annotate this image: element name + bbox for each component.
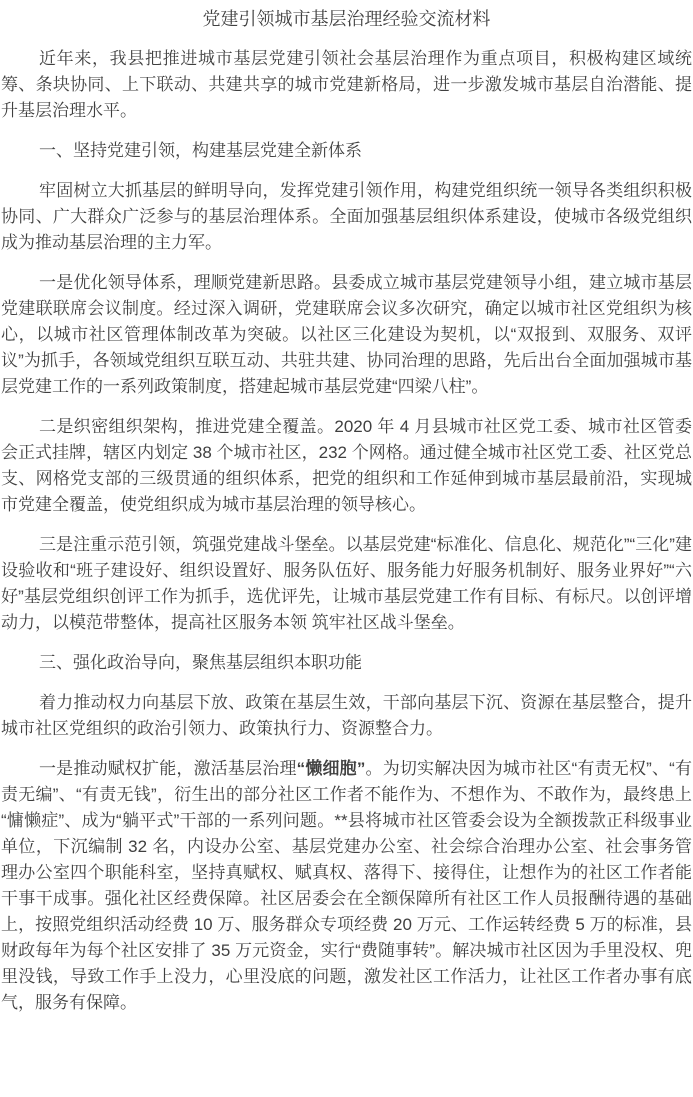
section-3-intro-paragraph: 着力推动权力向基层下放、政策在基层生效，干部向基层下沉、资源在基层整合，提升城市…	[1, 690, 692, 742]
document-title: 党建引领城市基层治理经验交流材料	[1, 6, 692, 32]
point-1-bold-text: “懒细胞”	[297, 759, 366, 778]
section-1-point-3-paragraph: 三是注重示范引领，筑强党建战斗堡垒。以基层党建“标准化、信息化、规范化”“三化”…	[1, 532, 692, 636]
section-1-point-1-paragraph: 一是优化领导体系，理顺党建新思路。县委成立城市基层党建领导小组，建立城市基层党建…	[1, 270, 692, 400]
section-1-heading: 一、坚持党建引领，构建基层党建全新体系	[1, 138, 692, 164]
section-3-heading: 三、强化政治导向，聚焦基层组织本职功能	[1, 650, 692, 676]
document-page: 党建引领城市基层治理经验交流材料 近年来，我县把推进城市基层党建引领社会基层治理…	[0, 0, 693, 1097]
section-3-point-1-paragraph: 一是推动赋权扩能，激活基层治理“懒细胞”。为切实解决因为城市社区“有责无权”、“…	[1, 756, 692, 1016]
section-1-paragraph: 牢固树立大抓基层的鲜明导向，发挥党建引领作用，构建党组织统一领导各类组织积极协同…	[1, 178, 692, 256]
point-1-text-after-bold: 。为切实解决因为城市社区“有责无权”、“有责无编”、“有责无钱”，衍生出的部分社…	[1, 759, 692, 1012]
intro-paragraph: 近年来，我县把推进城市基层党建引领社会基层治理作为重点项目，积极构建区域统筹、条…	[1, 46, 692, 124]
section-1-point-2-paragraph: 二是织密组织架构，推进党建全覆盖。2020 年 4 月县城市社区党工委、城市社区…	[1, 414, 692, 518]
point-1-text-before-bold: 一是推动赋权扩能，激活基层治理	[39, 759, 297, 778]
